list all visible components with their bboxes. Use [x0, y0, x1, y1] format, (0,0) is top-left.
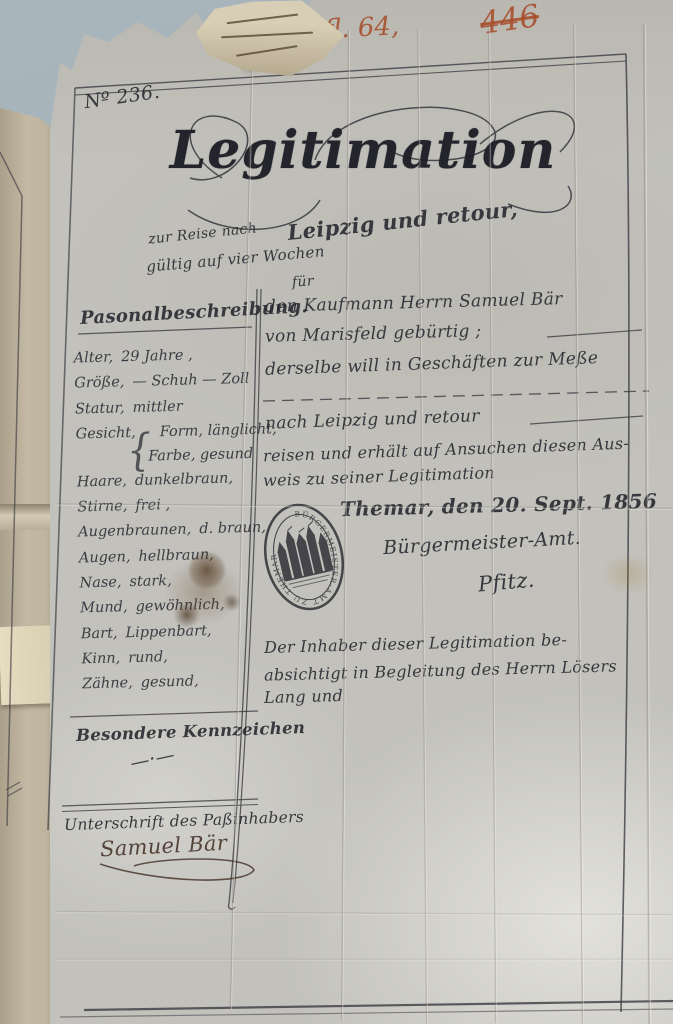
paper-stain	[592, 545, 664, 603]
note-line-3: Lang und	[264, 686, 344, 707]
field-value: 29 Jahre ,	[121, 347, 193, 365]
field-value: gesund,	[141, 674, 199, 692]
field-label: Augen,	[79, 549, 131, 566]
fuer-word: für	[291, 273, 314, 290]
field-label: Größe,	[74, 374, 125, 391]
field-label: Bart,	[81, 625, 118, 642]
personal-description-table: Alter,29 Jahre , Größe,— Schuh — Zoll St…	[73, 346, 270, 702]
field-value: rund,	[128, 649, 168, 666]
official-signature: Pfitz.	[477, 568, 535, 597]
photograph-of-document: e. fl. 64, 446 Nº 236. Legitimation zur …	[0, 0, 673, 1024]
gesicht-brace: {	[126, 424, 152, 476]
table-row: Zähne,gesund,	[82, 672, 271, 702]
field-label: Stirne,	[77, 498, 127, 515]
field-value: Farbe, gesund	[148, 446, 253, 465]
field-label: Statur,	[75, 400, 125, 417]
field-value: frei ,	[135, 497, 170, 514]
title-text: Legitimation	[170, 120, 557, 181]
scribble-mark	[227, 13, 299, 24]
field-value: mittler	[132, 398, 183, 415]
field-label: Zähne,	[82, 675, 133, 692]
scribble-mark	[236, 45, 298, 57]
document-title: Legitimation	[158, 120, 568, 181]
field-label: Haare,	[77, 473, 127, 490]
scribble-mark	[221, 32, 313, 39]
ink-stain	[142, 528, 260, 656]
paper-fragment	[0, 625, 58, 705]
field-value: — Schuh — Zoll	[132, 371, 249, 390]
field-label: Alter,	[73, 349, 113, 366]
signature-flourish	[94, 846, 274, 886]
field-label: Mund,	[80, 600, 128, 617]
field-value: Form, länglicht,	[160, 421, 277, 440]
field-label: Nase,	[79, 574, 121, 591]
field-label: Kinn,	[81, 650, 120, 667]
